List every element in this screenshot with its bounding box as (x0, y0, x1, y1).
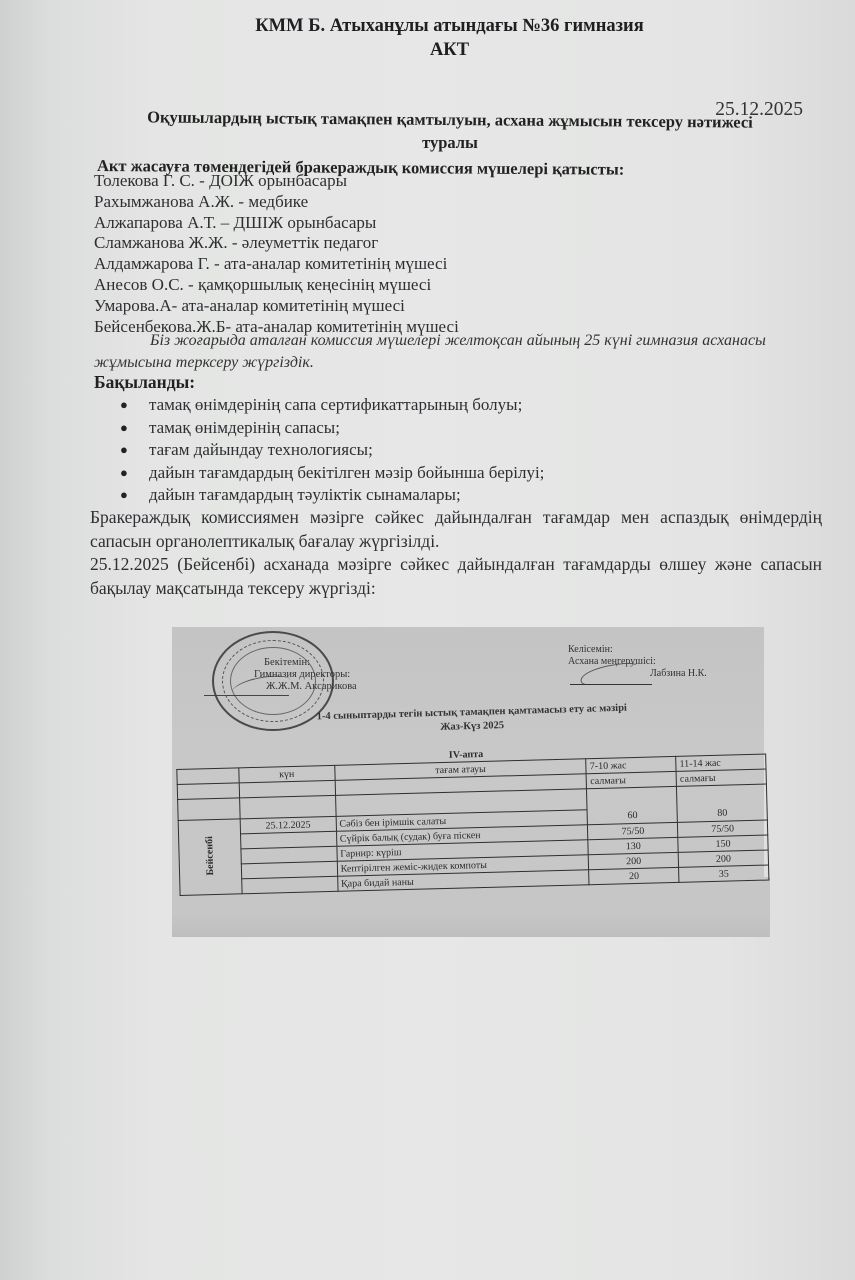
inspection-paragraph: 25.12.2025 (Бейсенбі) асханада мәзірге с… (90, 553, 822, 600)
commission-members-list: Толекова Г. С. - ДОІЖ орынбасары Рахымжа… (94, 171, 459, 337)
subject-line-2: туралы (105, 133, 795, 153)
observed-list: ●тамақ өнімдерінің сапа сертификаттарыны… (120, 394, 544, 507)
bullet-icon: ● (120, 462, 128, 485)
weekday-cell: Бейсенбі (178, 819, 242, 896)
bullet-icon: ● (120, 484, 128, 507)
intro-paragraph: Біз жоғарыда аталған комиссия мүшелері ж… (94, 330, 824, 374)
menu-title: 1-4 сыныптарды тегін ыстық тамақпен қамт… (272, 700, 673, 739)
evaluation-paragraph: Бракераждық комиссиямен мәзірге сәйкес д… (90, 506, 822, 553)
member-item: Алжапарова А.Т. – ДШІЖ орынбасары (94, 213, 459, 234)
member-item: Умарова.А- ата-аналар комитетінің мүшесі (94, 296, 459, 317)
document-type: АКТ (22, 40, 855, 61)
bullet-icon: ● (120, 394, 128, 417)
menu-table-wrap: IV-апта күн тағам атауы 7-10 жас 11-14 ж… (176, 742, 769, 896)
approval-block: Бекітемін: Гимназия директоры: Ж.Ж.М. Ак… (264, 657, 357, 693)
member-item: Рахымжанова А.Ж. - медбике (94, 192, 459, 213)
observed-heading: Бақыланды: (94, 372, 195, 393)
member-item: Сламжанова Ж.Ж. - әлеуметтік педагог (94, 233, 459, 254)
bullet-icon: ● (120, 439, 128, 462)
observed-item: ●тағам дайындау технологиясы; (120, 439, 544, 462)
observed-item: ●тамақ өнімдерінің сапа сертификаттарыны… (120, 394, 544, 417)
observed-item: ●дайын тағамдардың тәуліктік сынамалары; (120, 484, 544, 507)
menu-table: күн тағам атауы 7-10 жас 11-14 жас салма… (176, 754, 769, 896)
member-item: Анесов О.С. - қамқоршылық кеңесінің мүше… (94, 275, 459, 296)
document-page: КММ Б. Атыханұлы атындағы №36 гимназия А… (0, 0, 855, 1280)
weight-a-cell: 20 (589, 867, 679, 884)
subject-line-1: Оқушылардың ыстық тамақпен қамтылуын, ас… (105, 107, 795, 133)
observed-item: ●тамақ өнімдерінің сапасы; (120, 417, 544, 440)
member-item: Алдамжарова Г. - ата-аналар комитетінің … (94, 254, 459, 275)
menu-scan-image: Бекітемін: Гимназия директоры: Ж.Ж.М. Ак… (172, 627, 770, 937)
bullet-icon: ● (120, 417, 128, 440)
school-name: КММ Б. Атыханұлы атындағы №36 гимназия (22, 16, 855, 37)
observed-item: ●дайын тағамдардың бекітілген мәзір бойы… (120, 462, 544, 485)
member-item: Толекова Г. С. - ДОІЖ орынбасары (94, 171, 459, 192)
weight-b-cell: 35 (679, 865, 769, 882)
